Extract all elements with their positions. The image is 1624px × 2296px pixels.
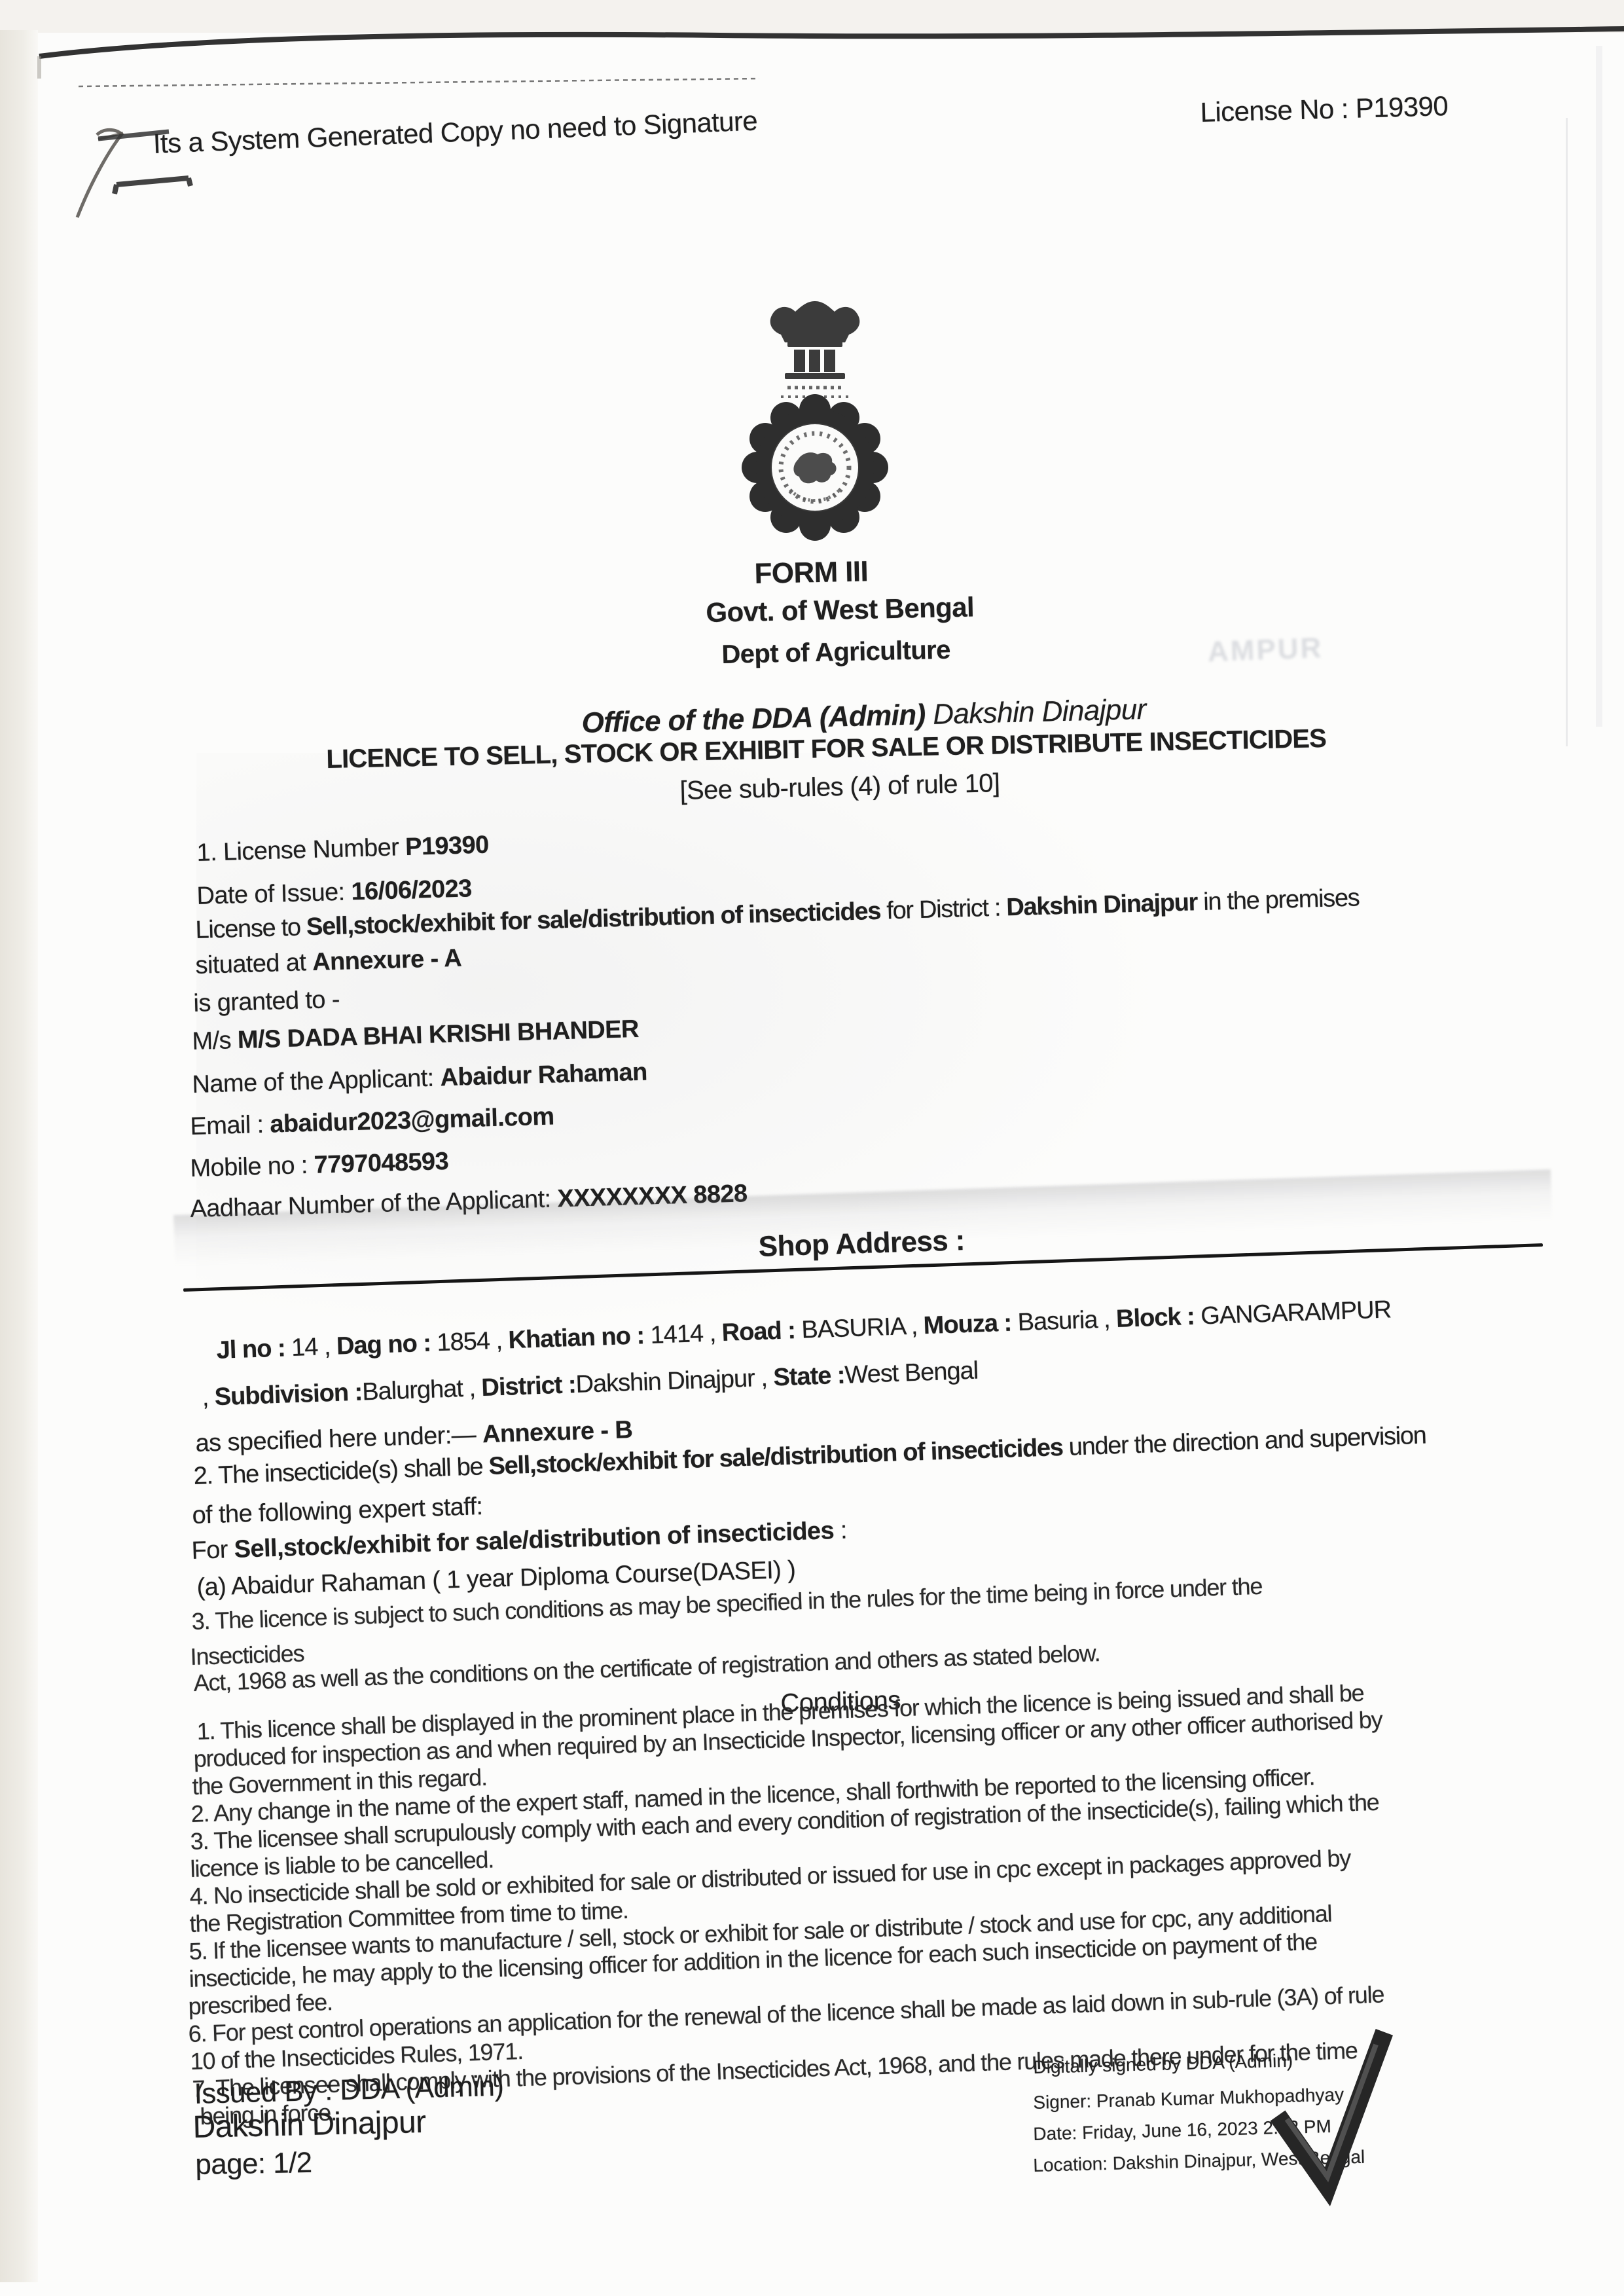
text-run: as specified here under:—: [195, 1421, 483, 1457]
field-label: District :: [481, 1371, 577, 1402]
scan-streak: [1596, 46, 1602, 727]
form-number: FORM III: [754, 555, 869, 591]
field-label: Block :: [1115, 1302, 1201, 1332]
granted-to-line: is granted to -: [193, 986, 340, 1018]
license-no-header: License No : P19390: [1200, 90, 1449, 128]
shop-address-line-2: , Subdivision :Balurghat , District :Dak…: [202, 1357, 979, 1412]
text-run: under the direction and supervision: [1062, 1422, 1426, 1461]
field-label: Road :: [721, 1317, 802, 1347]
field-value: 1414 ,: [650, 1319, 723, 1349]
license-number-value: P19390: [405, 831, 490, 862]
annexure-b-value: Annexure - B: [482, 1416, 632, 1448]
page-indicator: page: 1/2: [195, 2147, 312, 2181]
field-value: Balurghat ,: [362, 1374, 482, 1406]
text-run: for District :: [880, 894, 1007, 924]
text-run: License to: [195, 913, 307, 944]
applicant-name-value: Abaidur Rahaman: [440, 1059, 647, 1092]
underline-bracket-mark: [115, 178, 190, 194]
mobile-value: 7797048593: [314, 1148, 448, 1179]
text-run: in the premises: [1197, 884, 1360, 916]
west-bengal-govt-emblem-icon: [704, 296, 926, 558]
field-value: Basuria ,: [1017, 1305, 1117, 1336]
text-run: Email :: [190, 1111, 270, 1140]
signature-checkmark-icon: [1263, 2026, 1407, 2210]
field-value: 1854 ,: [437, 1326, 509, 1357]
field-label: State :: [773, 1362, 846, 1392]
issuing-district: Dakshin Dinajpur: [192, 2104, 426, 2145]
scanned-license-page: Its a System Generated Copy no need to S…: [0, 0, 1624, 2296]
shop-address-title: Shop Address :: [758, 1224, 965, 1264]
text-run: Mobile no :: [190, 1152, 314, 1182]
text-run: M/s: [192, 1027, 238, 1055]
field-value: 14 ,: [291, 1333, 336, 1362]
annexure-a-value: Annexure - A: [312, 945, 462, 976]
date-value: 16/06/2023: [351, 875, 472, 905]
field-label: Khatian no :: [508, 1322, 651, 1355]
text-run: 2. The insecticide(s) shall be: [193, 1453, 489, 1490]
field-value: Dakshin Dinajpur ,: [575, 1364, 774, 1399]
field-value: BASURIA ,: [801, 1312, 924, 1343]
scanner-left-margin: [0, 30, 38, 2282]
condition-line: 6. For pest control operations an applic…: [188, 1980, 1384, 2048]
district-value: Dakshin Dinajpur: [1006, 888, 1198, 921]
text-run: situated at: [195, 949, 313, 979]
scan-streak: [1566, 118, 1568, 746]
govt-title: Govt. of West Bengal: [706, 591, 975, 629]
field-label: Mouza :: [923, 1309, 1018, 1339]
pen-scribble: [77, 130, 122, 217]
field-value: GANGARAMPUR: [1200, 1296, 1392, 1330]
condition-line: prescribed fee.: [188, 1988, 333, 2020]
clause-3-line-3: Act, 1968 as well as the conditions on t…: [193, 1639, 1100, 1697]
clause-2-line-2: of the following expert staff:: [192, 1493, 483, 1530]
text-run: 1. License Number: [196, 833, 406, 867]
text-run: For: [191, 1536, 234, 1565]
field-label: Jl no :: [216, 1334, 292, 1364]
text-run: ,: [202, 1383, 215, 1412]
field-value: West Bengal: [844, 1357, 979, 1389]
bleed-through-text: AMPUR: [1207, 632, 1324, 668]
dept-title: Dept of Agriculture: [721, 636, 950, 670]
field-label: Subdivision :: [214, 1378, 363, 1411]
text-run: :: [833, 1517, 847, 1545]
dashed-line: [79, 79, 759, 86]
text-run: Date of Issue:: [196, 878, 352, 910]
field-label: Dag no :: [336, 1329, 437, 1360]
text-run: Dakshin Dinajpur: [925, 693, 1146, 731]
